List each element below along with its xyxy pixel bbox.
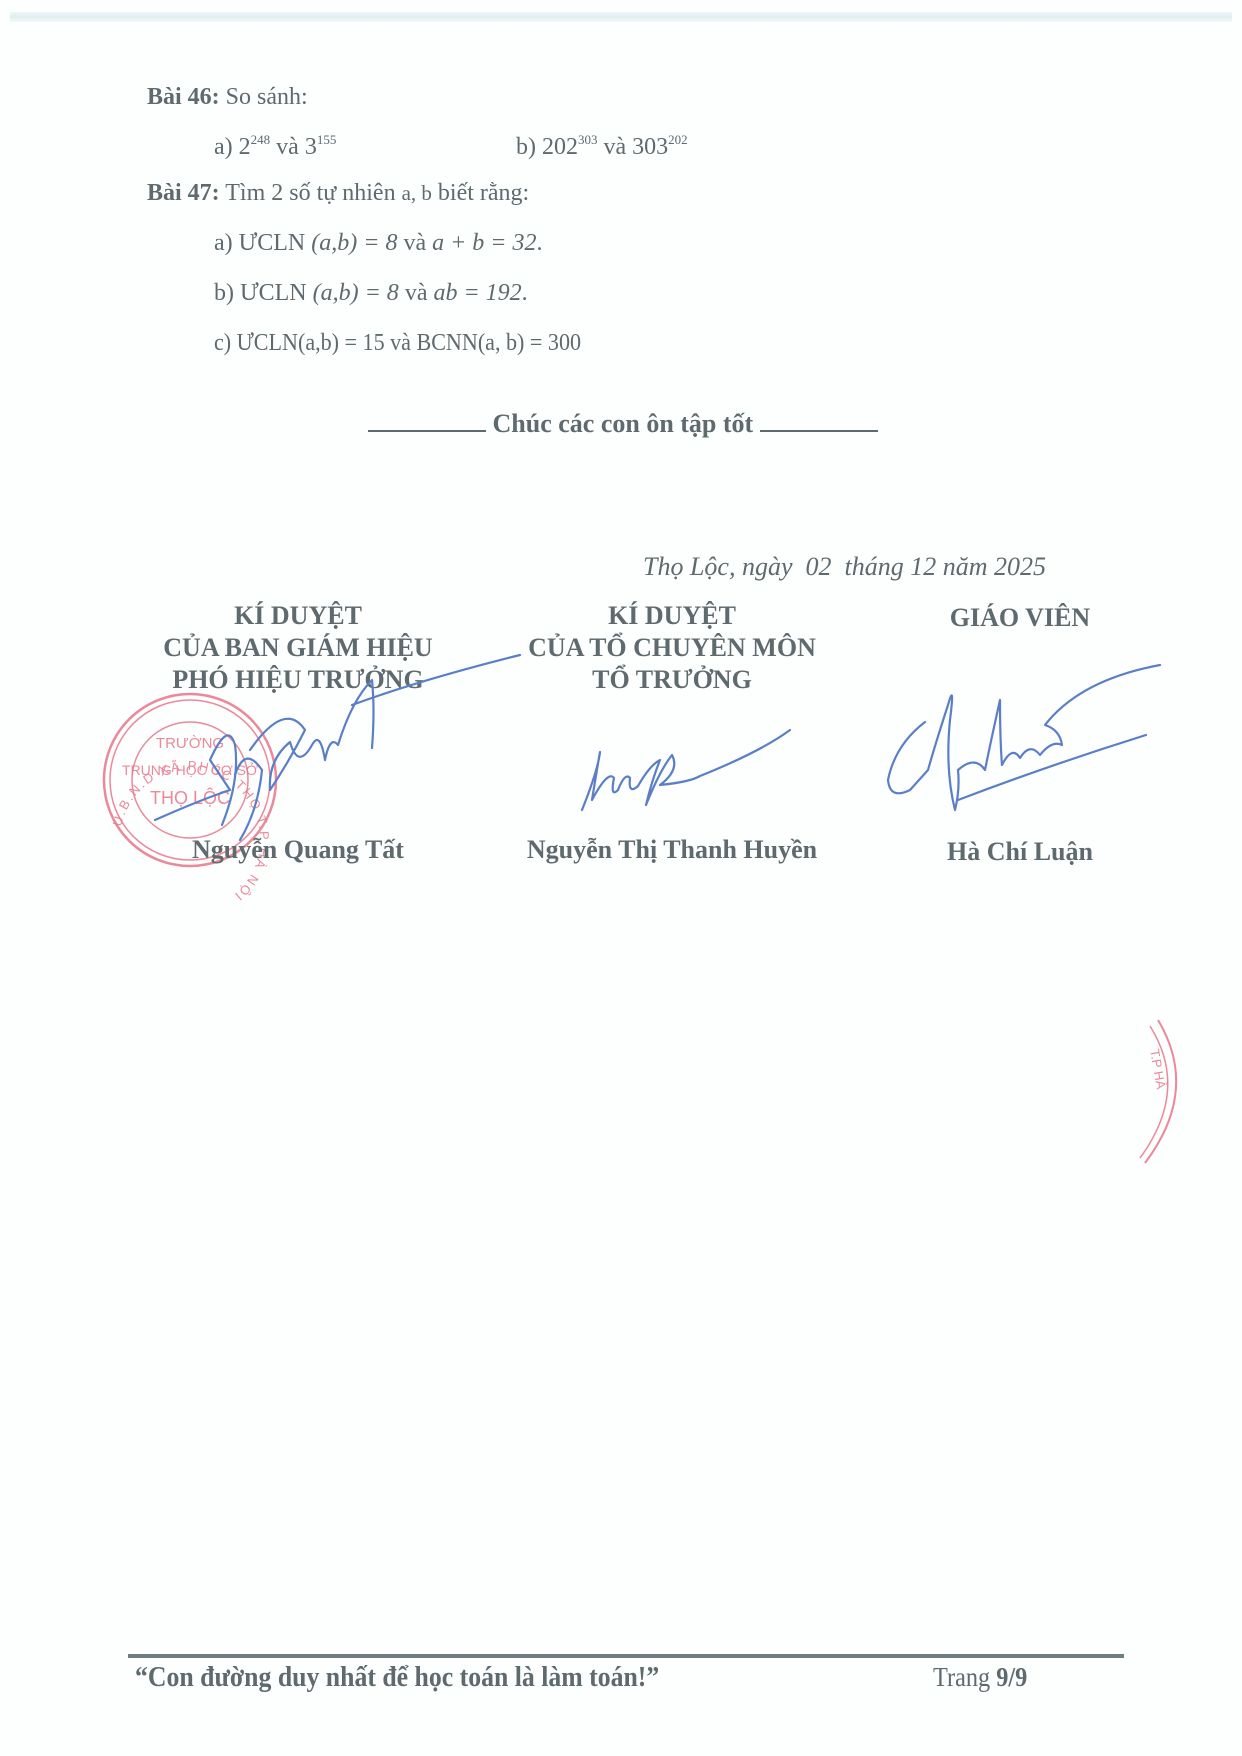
exercise-46-item-b: b) 202303 và 303202 xyxy=(516,134,688,161)
stamp-ring-text: U.B.N.D XÃ PHÚC THỌ T.P HÀ NỘI xyxy=(109,758,272,905)
signature-title: CỦA TỔ CHUYÊN MÔN xyxy=(502,632,842,664)
stamps-and-signatures: U.B.N.D XÃ PHÚC THỌ T.P HÀ NỘI TRƯỜNG TR… xyxy=(0,0,1242,1756)
closing-line: Chúc các con ôn tập tốt xyxy=(368,408,878,439)
conjunction: và xyxy=(604,134,627,160)
item-prefix: a) xyxy=(214,134,233,160)
closing-text: Chúc các con ôn tập tốt xyxy=(493,409,754,438)
exponent: 248 xyxy=(251,132,271,147)
signer-name-department: Nguyễn Thị Thanh Huyền xyxy=(502,835,842,865)
stamp-center-text: TRƯỜNG xyxy=(156,735,224,752)
signature-title: PHÓ HIỆU TRƯỞNG xyxy=(128,664,468,696)
svg-text:U.B.N.D XÃ PHÚC THỌ T.P HÀ NỘI: U.B.N.D XÃ PHÚC THỌ T.P HÀ NỘI xyxy=(109,758,272,905)
base: 202 xyxy=(542,134,578,160)
exponent: 202 xyxy=(668,132,688,147)
base: 303 xyxy=(632,134,668,160)
scan-top-band xyxy=(10,12,1232,22)
math-expression: a + b = 32 xyxy=(432,230,536,256)
exercise-vars: a, b xyxy=(402,181,432,205)
conjunction: và xyxy=(276,134,299,160)
dateline: Thọ Lộc, ngày 02 tháng 12 năm 2025 xyxy=(643,552,1046,582)
signer-name-teacher: Hà Chí Luận xyxy=(900,837,1140,867)
exercise-label: Bài 46: xyxy=(147,84,220,110)
conjunction: và xyxy=(405,280,428,306)
page-number: 9/9 xyxy=(996,1662,1027,1692)
exercise-46-item-a: a) 2248 và 3155 xyxy=(214,134,336,161)
conjunction: và xyxy=(403,230,426,256)
exercise-prompt: Tìm 2 số tự nhiên xyxy=(225,180,395,206)
math-expression: ab = 192 xyxy=(433,280,521,306)
exponent: 155 xyxy=(317,132,337,147)
exercise-47-heading: Bài 47: Tìm 2 số tự nhiên a, b biết rằng… xyxy=(147,180,529,207)
signature-block-teacher: GIÁO VIÊN xyxy=(900,602,1140,634)
exponent: 303 xyxy=(578,132,598,147)
exercise-label: Bài 47: xyxy=(147,180,220,206)
signer-name-principal: Nguyễn Quang Tất xyxy=(128,835,468,865)
exercise-47-item-c: c) ƯCLN(a,b) = 15 và BCNN(a, b) = 300 xyxy=(214,330,581,357)
signature-title: KÍ DUYỆT xyxy=(502,600,842,632)
stamp-center-text: TRUNG HỌC CƠ SỞ xyxy=(122,761,258,778)
partial-stamp-text: T.P HÀ xyxy=(1147,1048,1169,1091)
page-label: Trang xyxy=(933,1662,990,1692)
base: 2 xyxy=(239,134,251,160)
signature-title: CỦA BAN GIÁM HIỆU xyxy=(128,632,468,664)
period: . xyxy=(537,230,543,256)
item-prefix: b) ƯCLN xyxy=(214,280,307,306)
stamp-center-text: THỌ LỘC xyxy=(150,787,230,808)
math-expression: (a,b) = 8 xyxy=(311,230,397,256)
item-prefix: a) ƯCLN xyxy=(214,230,305,256)
footer-divider xyxy=(128,1654,1124,1658)
base: 3 xyxy=(305,134,317,160)
math-expression: (a,b) = 8 xyxy=(313,280,399,306)
item-prefix: b) xyxy=(516,134,536,160)
blank-rule-right xyxy=(760,408,878,432)
exercise-prompt: So sánh: xyxy=(226,84,308,110)
blank-rule-left xyxy=(368,408,486,432)
signature-title: KÍ DUYỆT xyxy=(128,600,468,632)
signature-teacher xyxy=(888,665,1160,810)
partial-stamp xyxy=(1140,1020,1176,1163)
signature-title: GIÁO VIÊN xyxy=(900,602,1140,634)
signature-block-department: KÍ DUYỆT CỦA TỔ CHUYÊN MÔN TỔ TRƯỞNG xyxy=(502,600,842,696)
exercise-47-item-b: b) ƯCLN (a,b) = 8 và ab = 192. xyxy=(214,280,528,307)
exercise-46-heading: Bài 46: So sánh: xyxy=(147,84,308,111)
footer-quote: “Con đường duy nhất để học toán là làm t… xyxy=(135,1662,659,1694)
exercise-prompt-end: biết rằng: xyxy=(438,180,529,206)
exercise-47-item-a: a) ƯCLN (a,b) = 8 và a + b = 32. xyxy=(214,230,543,257)
period: . xyxy=(522,280,528,306)
signature-department xyxy=(582,730,790,810)
page-indicator: Trang 9/9 xyxy=(933,1662,1027,1693)
signature-block-principal: KÍ DUYỆT CỦA BAN GIÁM HIỆU PHÓ HIỆU TRƯỞ… xyxy=(128,600,468,696)
signature-title: TỔ TRƯỞNG xyxy=(502,664,842,696)
